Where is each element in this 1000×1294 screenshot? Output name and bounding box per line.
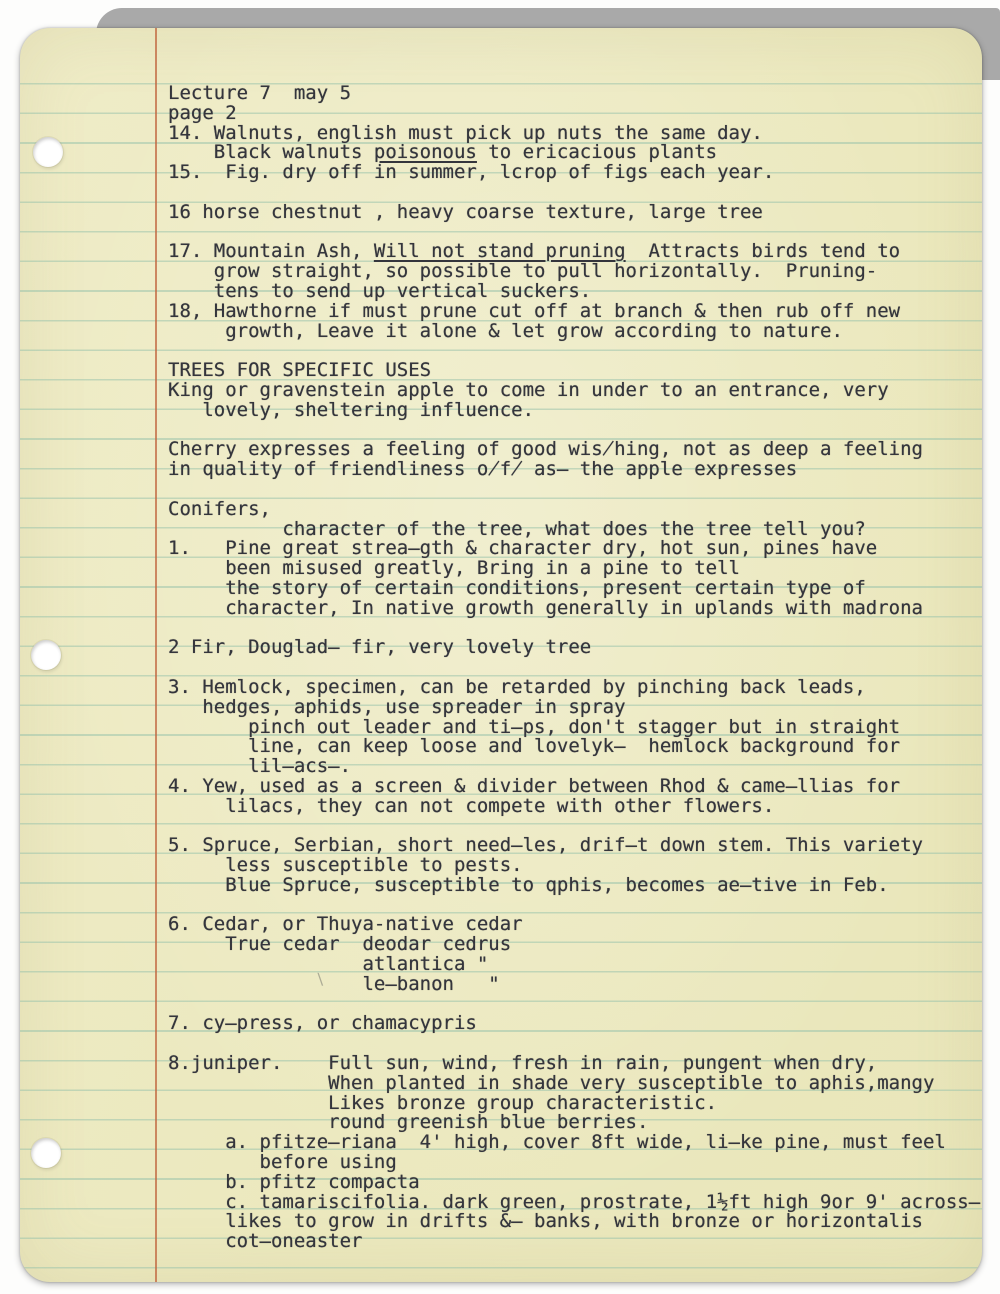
typed-line: le̶banon " [168, 975, 982, 995]
punch-hole-top [33, 137, 63, 167]
text-segment: character of the tree, what does the tre… [168, 518, 866, 540]
typed-line: Lecture 7 may 5 [168, 84, 982, 104]
text-segment: 14. Walnuts, english must pick up nuts t… [168, 122, 763, 144]
text-segment: 17. Mountain Ash, [168, 240, 374, 262]
text-segment: King or gravenstein apple to come in und… [168, 379, 889, 401]
typed-line: lovely, sheltering influence. [168, 401, 982, 421]
text-segment: 15. Fig. dry off in summer, lcrop of fig… [168, 161, 774, 183]
typewritten-text-block: Lecture 7 may 5page 214. Walnuts, englis… [168, 84, 982, 1252]
typed-line: character, In native growth generally in… [168, 599, 982, 619]
text-segment: a. pfitze̶riana 4' high, cover 8ft wide,… [168, 1131, 946, 1153]
typed-line: growth, Leave it alone & let grow accord… [168, 322, 982, 342]
text-segment: 7. cy̶press, or chamacypris [168, 1012, 477, 1034]
text-segment: Attracts birds tend to [626, 240, 901, 262]
punch-hole-middle [31, 640, 61, 670]
text-segment: likes to grow in drifts &̶ banks, with b… [168, 1210, 923, 1232]
text-segment: 6. Cedar, or Thuya-native cedar [168, 913, 523, 935]
text-segment: less susceptible to pests. [168, 854, 523, 876]
typed-line: lilacs, they can not compete with other … [168, 797, 982, 817]
text-segment: cot̶oneaster [168, 1230, 362, 1252]
text-segment: True cedar deodar cedrus [168, 933, 511, 955]
text-segment: Likes bronze group characteristic. [168, 1092, 717, 1114]
text-segment: b. pfitz compacta [168, 1171, 420, 1193]
text-segment: before using [168, 1151, 397, 1173]
text-segment: tens to send up vertical suckers. [168, 280, 591, 302]
text-segment: pinch out leader and ti̶ps, don't stagge… [168, 716, 900, 738]
text-segment: 18, Hawthorne if must prune cut off at b… [168, 300, 900, 322]
text-segment: lilacs, they can not compete with other … [168, 795, 774, 817]
text-segment: 8.juniper. Full sun, wind, fresh in rain… [168, 1052, 877, 1074]
typed-line: cot̶oneaster [168, 1232, 982, 1252]
stray-pencil-mark: \ [315, 970, 326, 989]
text-segment: to ericacious plants [477, 141, 717, 163]
scan-background: { "page": { "kind": "typewritten lecture… [0, 0, 1000, 1294]
text-segment: c. tamariscifolia. dark green, prostrate… [168, 1191, 980, 1213]
text-segment: When planted in shade very susceptible t… [168, 1072, 934, 1094]
typed-line: in quality of friendliness o̸f̸ as̶ the … [168, 460, 982, 480]
text-segment: the story of certain conditions, present… [168, 577, 866, 599]
text-segment: grow straight, so possible to pull horiz… [168, 260, 877, 282]
text-segment: 2 Fir, Douglad̶ fir, very lovely tree [168, 636, 591, 658]
text-segment: 5. Spruce, Serbian, short need̶les, drif… [168, 834, 923, 856]
text-segment: Black walnuts [168, 141, 374, 163]
text-segment: lil̶acs̶. [168, 755, 351, 777]
underlined-text: poisonous [374, 141, 477, 163]
text-segment: Cherry expresses a feeling of good wis̸h… [168, 438, 923, 460]
text-segment: 1. Pine great strea̶gth & character dry,… [168, 537, 877, 559]
typed-line: 7. cy̶press, or chamacypris [168, 1014, 982, 1034]
text-segment: hedges, aphids, use spreader in spray [168, 696, 626, 718]
text-segment: Blue Spruce, susceptible to qphis, becom… [168, 874, 889, 896]
typed-line: Blue Spruce, susceptible to qphis, becom… [168, 876, 982, 896]
text-segment: Conifers, [168, 498, 271, 520]
text-segment: round greenish blue berries. [168, 1111, 648, 1133]
text-segment: character, In native growth generally in… [168, 597, 923, 619]
text-segment: le̶banon " [168, 973, 500, 995]
underlined-text: Will not stand pruning [374, 240, 626, 262]
typed-line: 15. Fig. dry off in summer, lcrop of fig… [168, 163, 982, 183]
typed-line [168, 480, 982, 500]
text-segment: TREES FOR SPECIFIC USES [168, 359, 431, 381]
text-segment: Lecture 7 may 5 [168, 82, 351, 104]
text-segment: 3. Hemlock, specimen, can be retarded by… [168, 676, 866, 698]
text-segment: line, can keep loose and lovelyk̶ hemloc… [168, 735, 900, 757]
red-margin-line [155, 28, 157, 1282]
punch-hole-bottom [31, 1138, 61, 1168]
text-segment: 4. Yew, used as a screen & divider betwe… [168, 775, 900, 797]
typed-line: 2 Fir, Douglad̶ fir, very lovely tree [168, 638, 982, 658]
text-segment: 16 horse chestnut , heavy coarse texture… [168, 201, 763, 223]
notebook-page: Lecture 7 may 5page 214. Walnuts, englis… [20, 28, 982, 1282]
typed-line: 16 horse chestnut , heavy coarse texture… [168, 203, 982, 223]
text-segment: atlantica " [168, 953, 488, 975]
text-segment: growth, Leave it alone & let grow accord… [168, 320, 843, 342]
text-segment: been misused greatly, Bring in a pine to… [168, 557, 740, 579]
text-segment: page 2 [168, 102, 237, 124]
text-segment: lovely, sheltering influence. [168, 399, 534, 421]
text-segment: in quality of friendliness o̸f̸ as̶ the … [168, 458, 797, 480]
